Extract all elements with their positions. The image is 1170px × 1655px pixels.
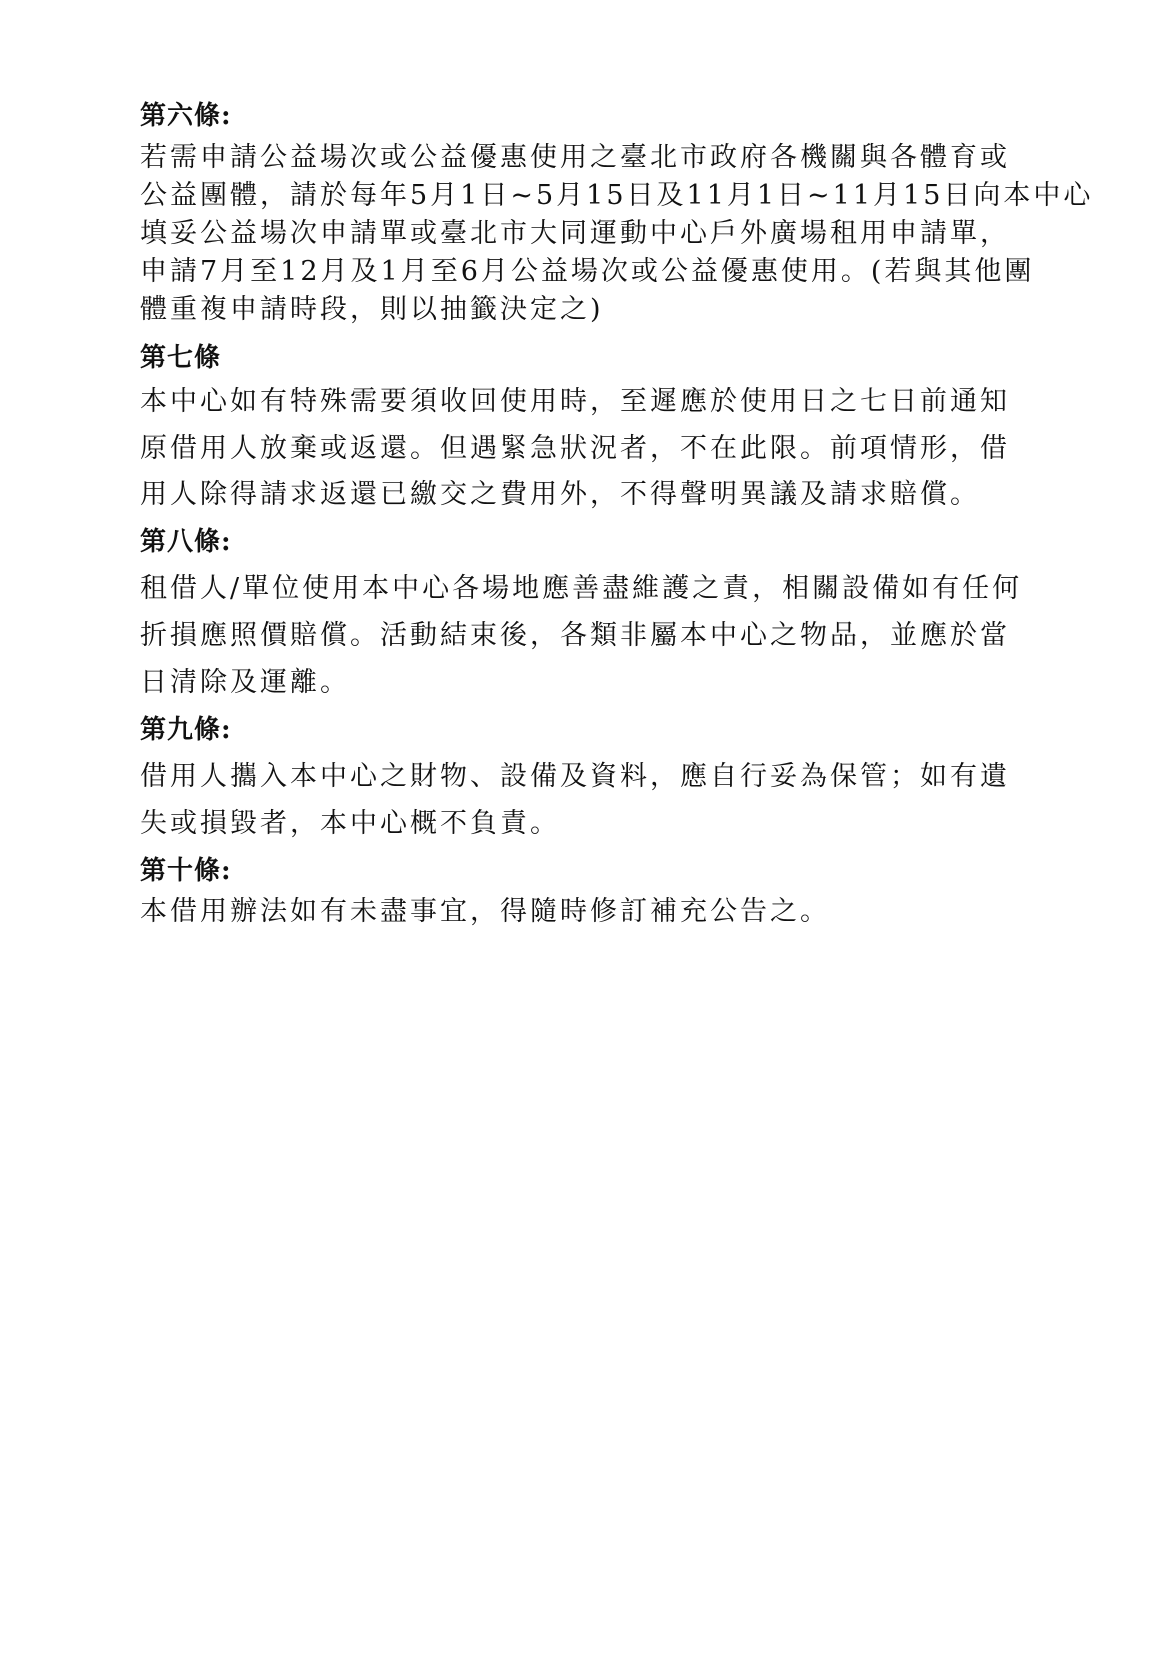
article-6-line-4: 申請7月至12月及1月至6月公益場次或公益優惠使用。(若與其他團 (140, 254, 1034, 290)
article-8-line-3: 日清除及運離。 (140, 665, 350, 701)
article-8-line-2: 折損應照價賠償。活動結束後，各類非屬本中心之物品，並應於當 (140, 618, 1010, 654)
article-8-line-1: 租借人/單位使用本中心各場地應善盡維護之責，相關設備如有任何 (140, 571, 1022, 607)
article-10-heading: 第十條: (140, 853, 232, 889)
article-7-line-3: 用人除得請求返還已繳交之費用外，不得聲明異議及請求賠償。 (140, 477, 980, 513)
article-9-line-1: 借用人攜入本中心之財物、設備及資料，應自行妥為保管；如有遺 (140, 759, 1010, 795)
article-9-line-2: 失或損毀者，本中心概不負責。 (140, 806, 560, 842)
article-6-line-5: 體重複申請時段，則以抽籤決定之) (140, 292, 604, 328)
article-10-line-1: 本借用辦法如有未盡事宜，得隨時修訂補充公告之。 (140, 894, 830, 930)
article-6-heading: 第六條: (140, 98, 232, 134)
article-9-heading: 第九條: (140, 712, 232, 748)
article-7-line-2: 原借用人放棄或返還。但遇緊急狀況者，不在此限。前項情形，借 (140, 431, 1010, 467)
article-7-line-1: 本中心如有特殊需要須收回使用時，至遲應於使用日之七日前通知 (140, 384, 1010, 420)
document-page: 第六條: 若需申請公益場次或公益優惠使用之臺北市政府各機關與各體育或 公益團體，… (0, 0, 1170, 1655)
article-6-line-1: 若需申請公益場次或公益優惠使用之臺北市政府各機關與各體育或 (140, 140, 1010, 176)
article-6-line-3: 填妥公益場次申請單或臺北市大同運動中心戶外廣場租用申請單， (140, 216, 1010, 252)
article-7-heading: 第七條 (140, 340, 221, 376)
article-8-heading: 第八條: (140, 524, 232, 560)
article-6-line-2: 公益團體，請於每年5月1日~5月15日及11月1日~11月15日向本中心 (140, 178, 1093, 214)
